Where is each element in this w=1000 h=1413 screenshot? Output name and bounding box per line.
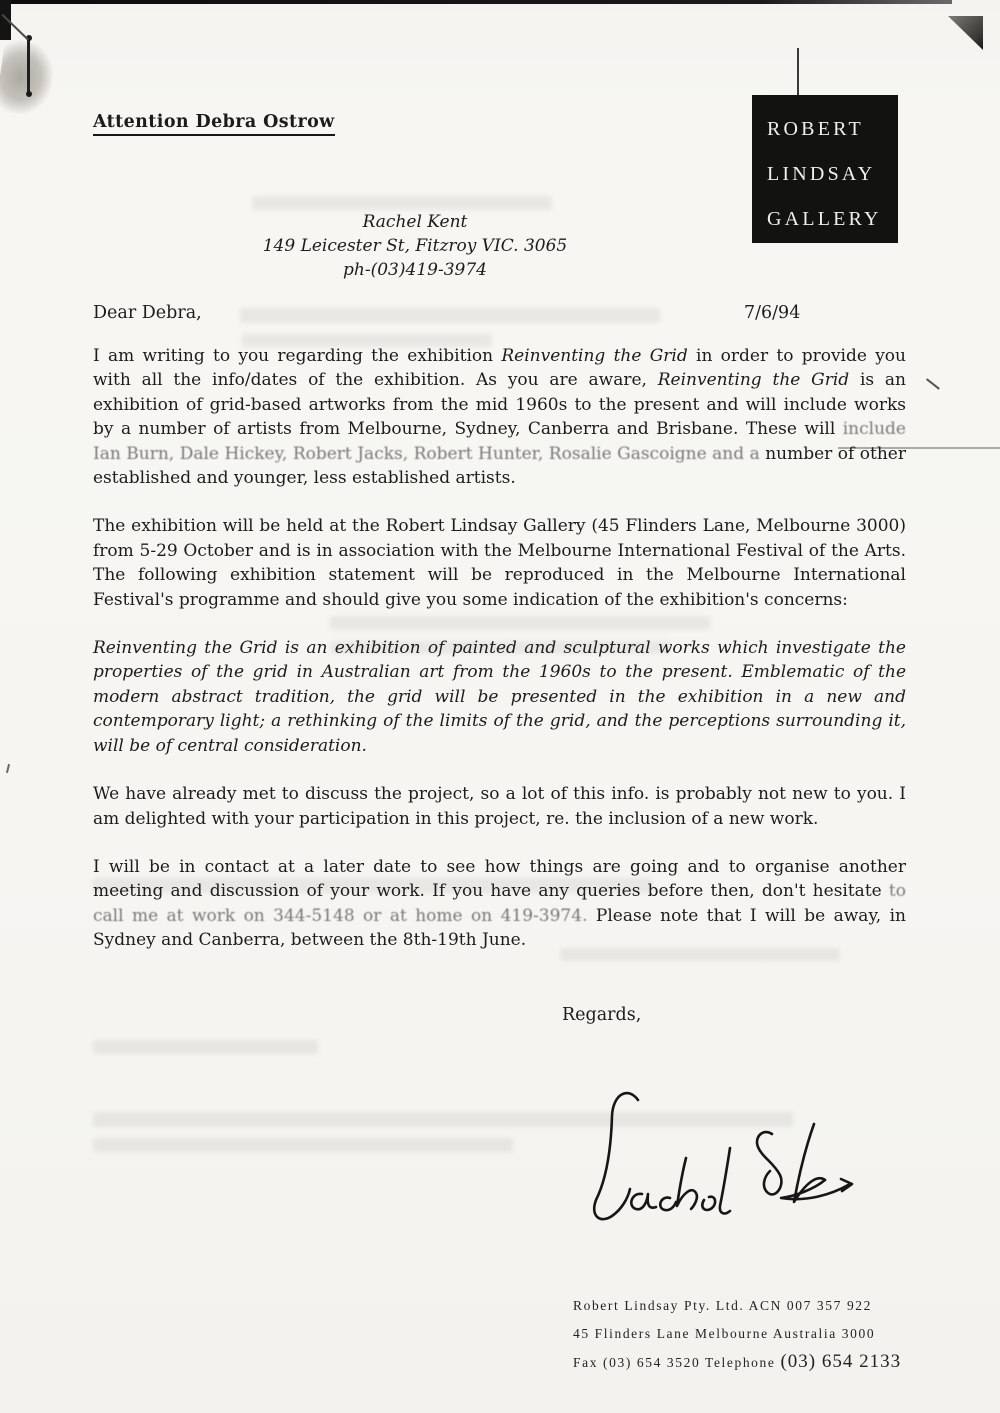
paragraph-segment: Reinventing the Grid	[501, 346, 687, 366]
closing-line: Regards,	[562, 1005, 641, 1025]
gallery-logo: ROBERT LINDSAY GALLERY	[752, 95, 898, 243]
logo-line: LINDSAY	[767, 152, 898, 197]
bleed-through-ghost	[252, 196, 552, 210]
pen-mark-artifact	[926, 378, 940, 389]
footer-contacts: Fax (03) 654 3520 Telephone (03) 654 213…	[573, 1348, 901, 1377]
folded-corner-mark	[948, 16, 983, 50]
scanned-letter-page: Attention Debra Ostrow ROBERT LINDSAY GA…	[0, 0, 1000, 1413]
paragraph-segment: I am writing to you regarding the exhibi…	[93, 346, 501, 366]
sender-phone: ph-(03)419-3974	[240, 258, 590, 282]
paragraph-segment: The exhibition will be held at the Rober…	[93, 516, 906, 609]
logo-line: GALLERY	[767, 197, 898, 242]
bleed-through-ghost	[240, 308, 660, 323]
paragraph-segment: We have already met to discuss the proje…	[93, 784, 906, 828]
signature	[576, 1086, 866, 1248]
footer-fax-telephone: Fax (03) 654 3520 Telephone	[573, 1355, 780, 1370]
sender-address: 149 Leicester St, Fitzroy VIC. 3065	[240, 234, 590, 258]
sender-address-block: Rachel Kent 149 Leicester St, Fitzroy VI…	[240, 210, 590, 282]
footer-phone-number: (03) 654 2133	[780, 1351, 901, 1372]
letter-paragraph: The exhibition will be held at the Rober…	[93, 514, 906, 612]
scan-edge-artifact	[0, 0, 952, 4]
paragraph-segment: Reinventing the Grid	[658, 370, 849, 390]
footer-company: Robert Lindsay Pty. Ltd. ACN 007 357 922	[573, 1292, 901, 1320]
paragraph-segment: I will be in contact at a later date to …	[93, 857, 906, 901]
letter-date: 7/6/94	[744, 303, 800, 323]
bleed-through-ghost	[93, 1040, 318, 1054]
sender-name: Rachel Kent	[240, 210, 590, 234]
attention-line: Attention Debra Ostrow	[93, 112, 335, 136]
letter-paragraph: We have already met to discuss the proje…	[93, 782, 906, 831]
letter-paragraph: I will be in contact at a later date to …	[93, 855, 906, 953]
bleed-through-ghost	[93, 1138, 513, 1152]
letter-paragraph: Reinventing the Grid is an exhibition of…	[93, 636, 906, 758]
margin-tick-artifact	[6, 764, 10, 773]
logo-line: ROBERT	[767, 107, 898, 152]
paragraphs: I am writing to you regarding the exhibi…	[93, 344, 906, 977]
paragraph-segment: Reinventing the Grid is an exhibition of…	[93, 638, 906, 756]
footer-block: Robert Lindsay Pty. Ltd. ACN 007 357 922…	[573, 1292, 901, 1377]
footer-address: 45 Flinders Lane Melbourne Australia 300…	[573, 1320, 901, 1348]
salutation: Dear Debra,	[93, 303, 202, 323]
staple-mark	[27, 38, 30, 94]
letter-paragraph: I am writing to you regarding the exhibi…	[93, 344, 906, 490]
